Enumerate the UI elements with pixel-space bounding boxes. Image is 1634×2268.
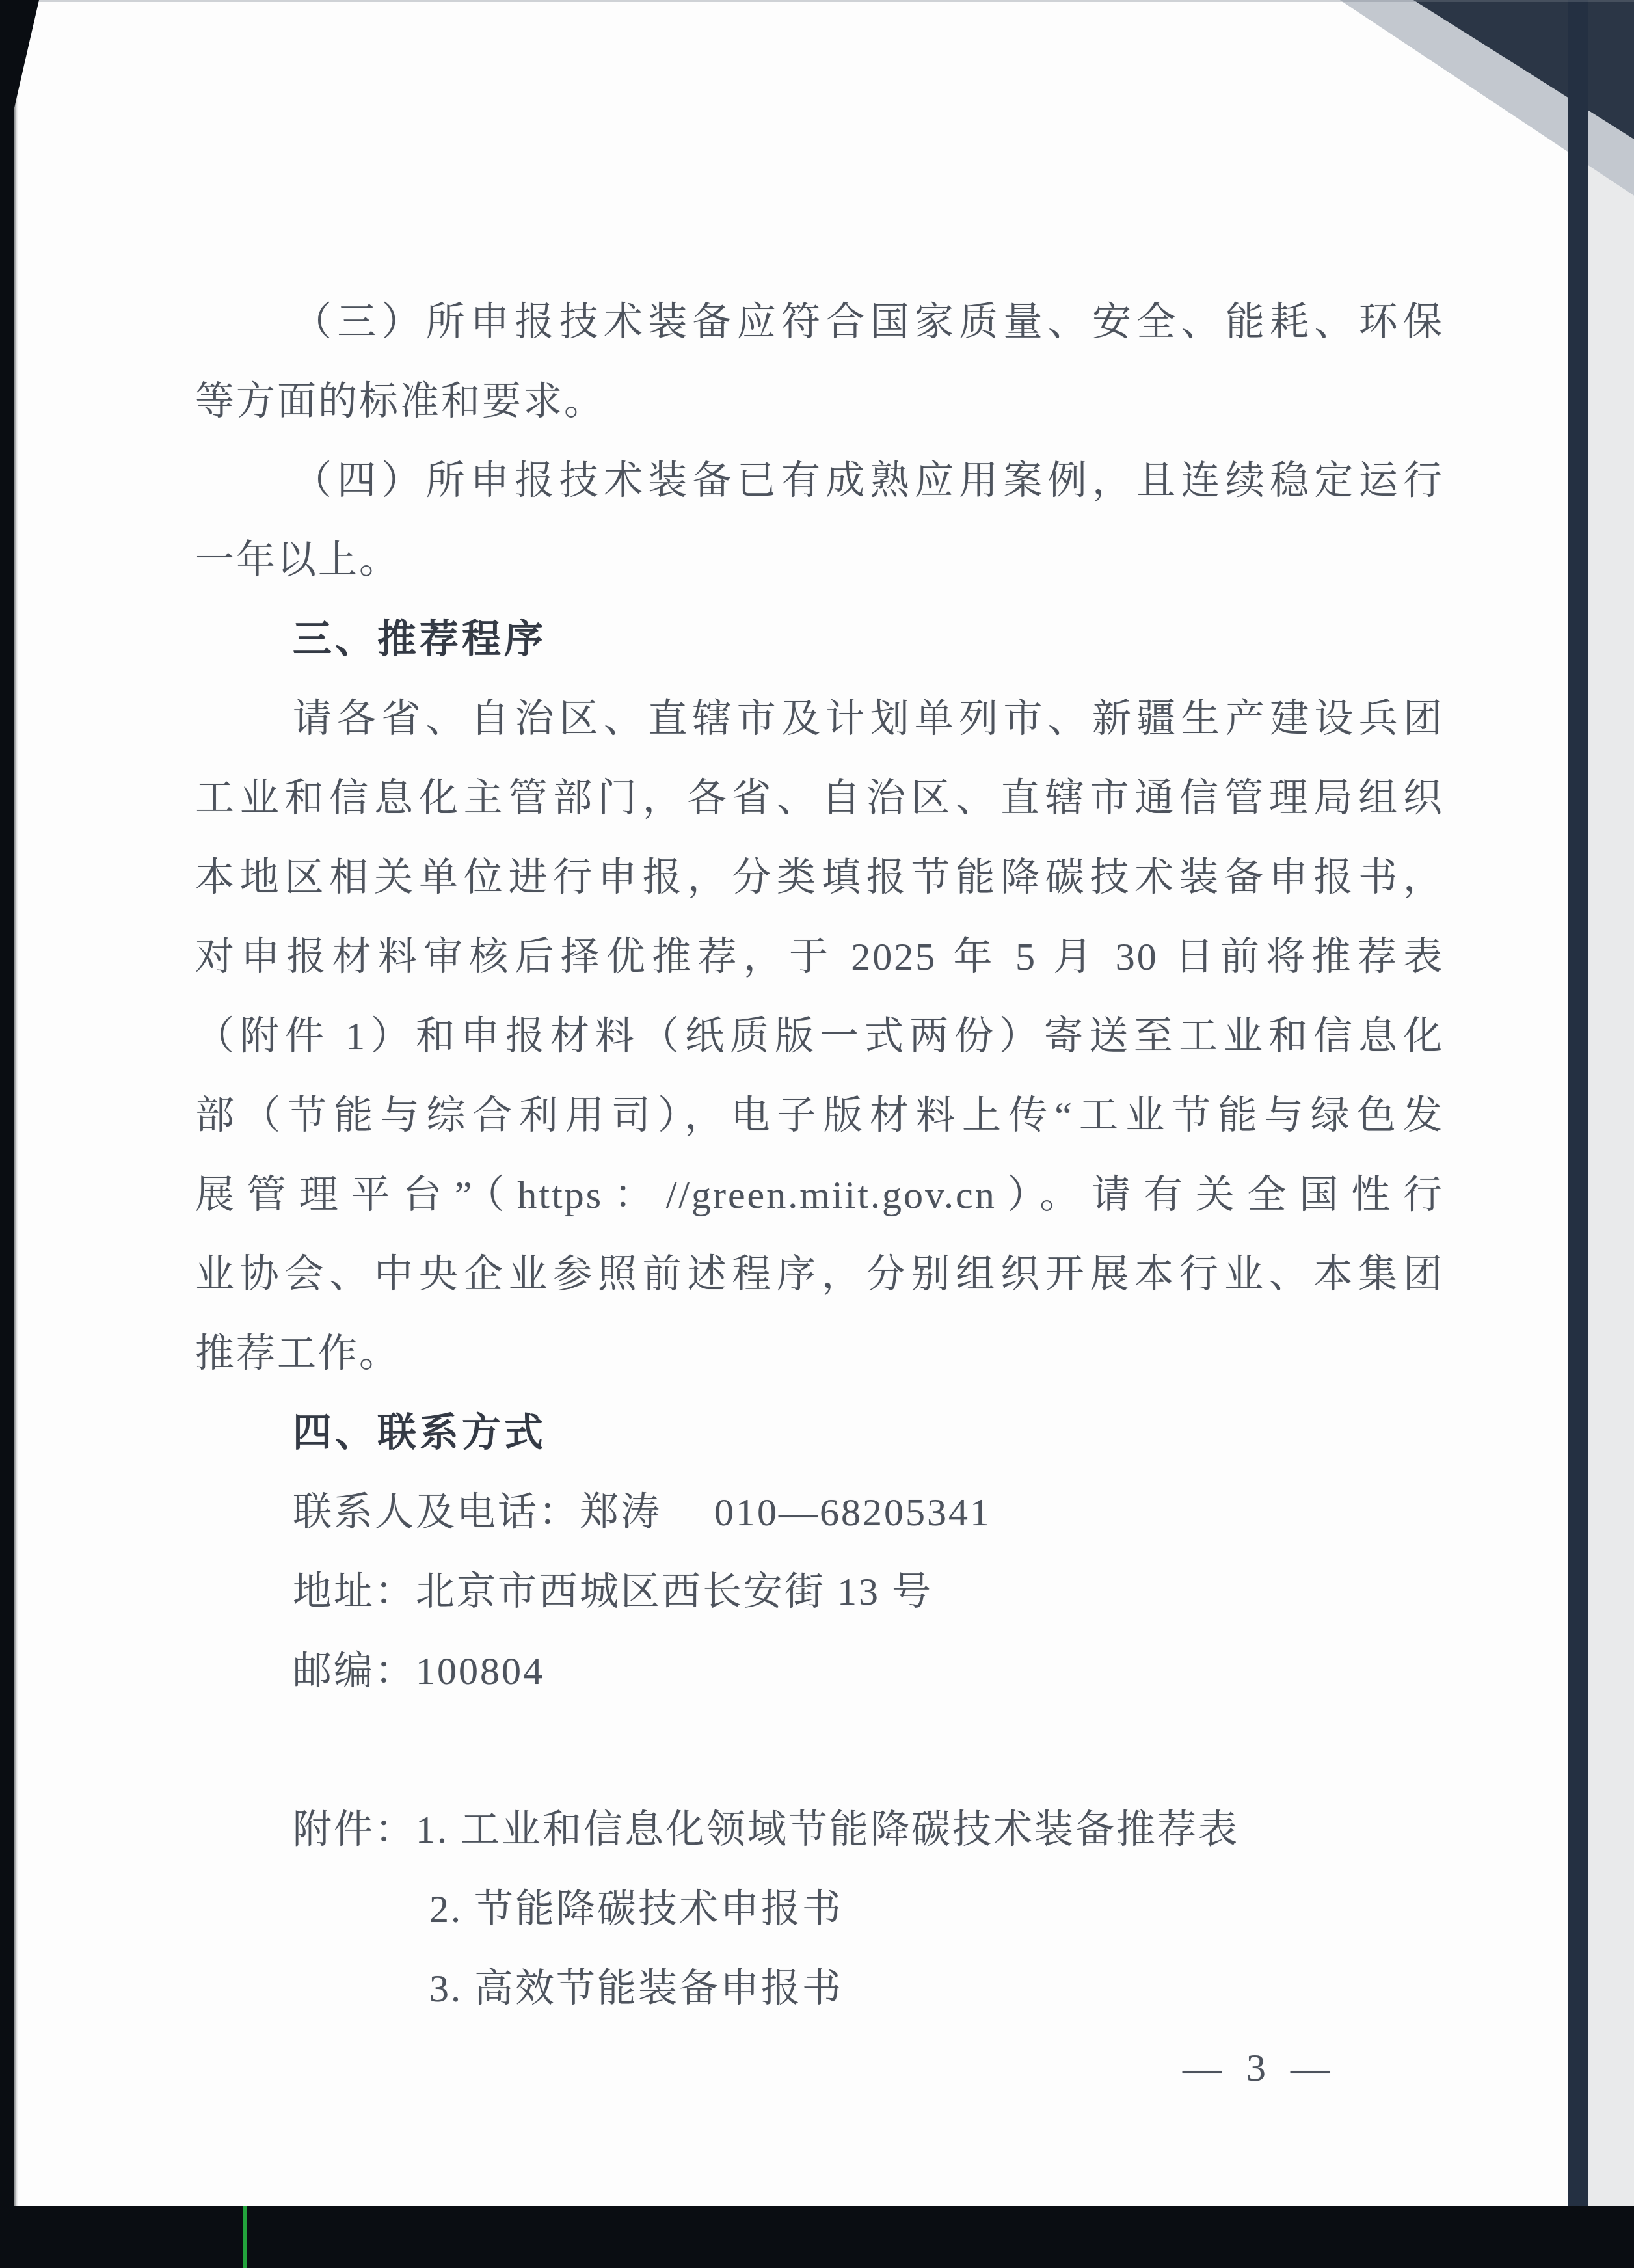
attachment-list-line3: 3. 高效节能装备申报书 <box>429 1949 1444 2028</box>
para-item4-line2: 一年以上。 <box>195 520 1444 600</box>
scan-edge-top <box>0 0 1634 2</box>
attachment-list-line1: 附件：1. 工业和信息化领域节能降碳技术装备推荐表 <box>195 1790 1444 1869</box>
para-procedure-line1: 请各省、自治区、直辖市及计划单列市、新疆生产建设兵团 <box>195 679 1444 758</box>
para-procedure-line5: （附件 1）和申报材料（纸质版一式两份）寄送至工业和信息化 <box>195 996 1444 1076</box>
scan-green-artifact-line <box>243 2206 247 2268</box>
document-body: （三）所申报技术装备应符合国家质量、安全、能耗、环保 等方面的标准和要求。 （四… <box>195 282 1444 2028</box>
para-item4-line1: （四）所申报技术装备已有成熟应用案例，且连续稳定运行 <box>195 441 1444 520</box>
scan-right-gray-panel <box>1586 0 1634 2206</box>
para-procedure-line2: 工业和信息化主管部门，各省、自治区、直辖市通信管理局组织 <box>195 758 1444 838</box>
para-procedure-line9: 推荐工作。 <box>195 1314 1444 1393</box>
page-footer: — 3 — <box>195 2028 1444 2107</box>
footer-right-dash: — <box>1291 2046 1330 2090</box>
contact-postcode-line: 邮编：100804 <box>195 1631 1444 1711</box>
para-procedure-line6: 部（节能与综合利用司），电子版材料上传“工业节能与绿色发 <box>195 1076 1444 1155</box>
scan-edge-left <box>0 0 14 2268</box>
contact-address-line: 地址：北京市西城区西长安街 13 号 <box>195 1552 1444 1631</box>
para-item3-line1: （三）所申报技术装备应符合国家质量、安全、能耗、环保 <box>195 282 1444 362</box>
page-number: 3 <box>1246 2046 1266 2090</box>
para-procedure-line4: 对申报材料审核后择优推荐，于 2025 年 5 月 30 日前将推荐表 <box>195 917 1444 996</box>
contact-phone-line: 联系人及电话：郑涛 010—68205341 <box>195 1473 1444 1552</box>
heading-recommendation-procedure: 三、推荐程序 <box>195 600 1444 679</box>
scan-edge-right <box>1568 0 1588 2206</box>
para-item3-line2: 等方面的标准和要求。 <box>195 362 1444 441</box>
para-procedure-line7-url: 展管理平台”（https：//green.miit.gov.cn）。请有关全国性… <box>195 1155 1444 1234</box>
scan-corner-topleft <box>0 0 39 111</box>
para-procedure-line8: 业协会、中央企业参照前述程序，分别组织开展本行业、本集团 <box>195 1234 1444 1314</box>
para-procedure-line3: 本地区相关单位进行申报，分类填报节能降碳技术装备申报书， <box>195 838 1444 917</box>
scan-topright-shadow-light <box>0 0 1634 208</box>
attachment-list-line2: 2. 节能降碳技术申报书 <box>429 1869 1444 1949</box>
footer-left-dash: — <box>1183 2046 1222 2090</box>
scanned-page: （三）所申报技术装备应符合国家质量、安全、能耗、环保 等方面的标准和要求。 （四… <box>0 0 1634 2268</box>
heading-contact-info: 四、联系方式 <box>195 1393 1444 1473</box>
